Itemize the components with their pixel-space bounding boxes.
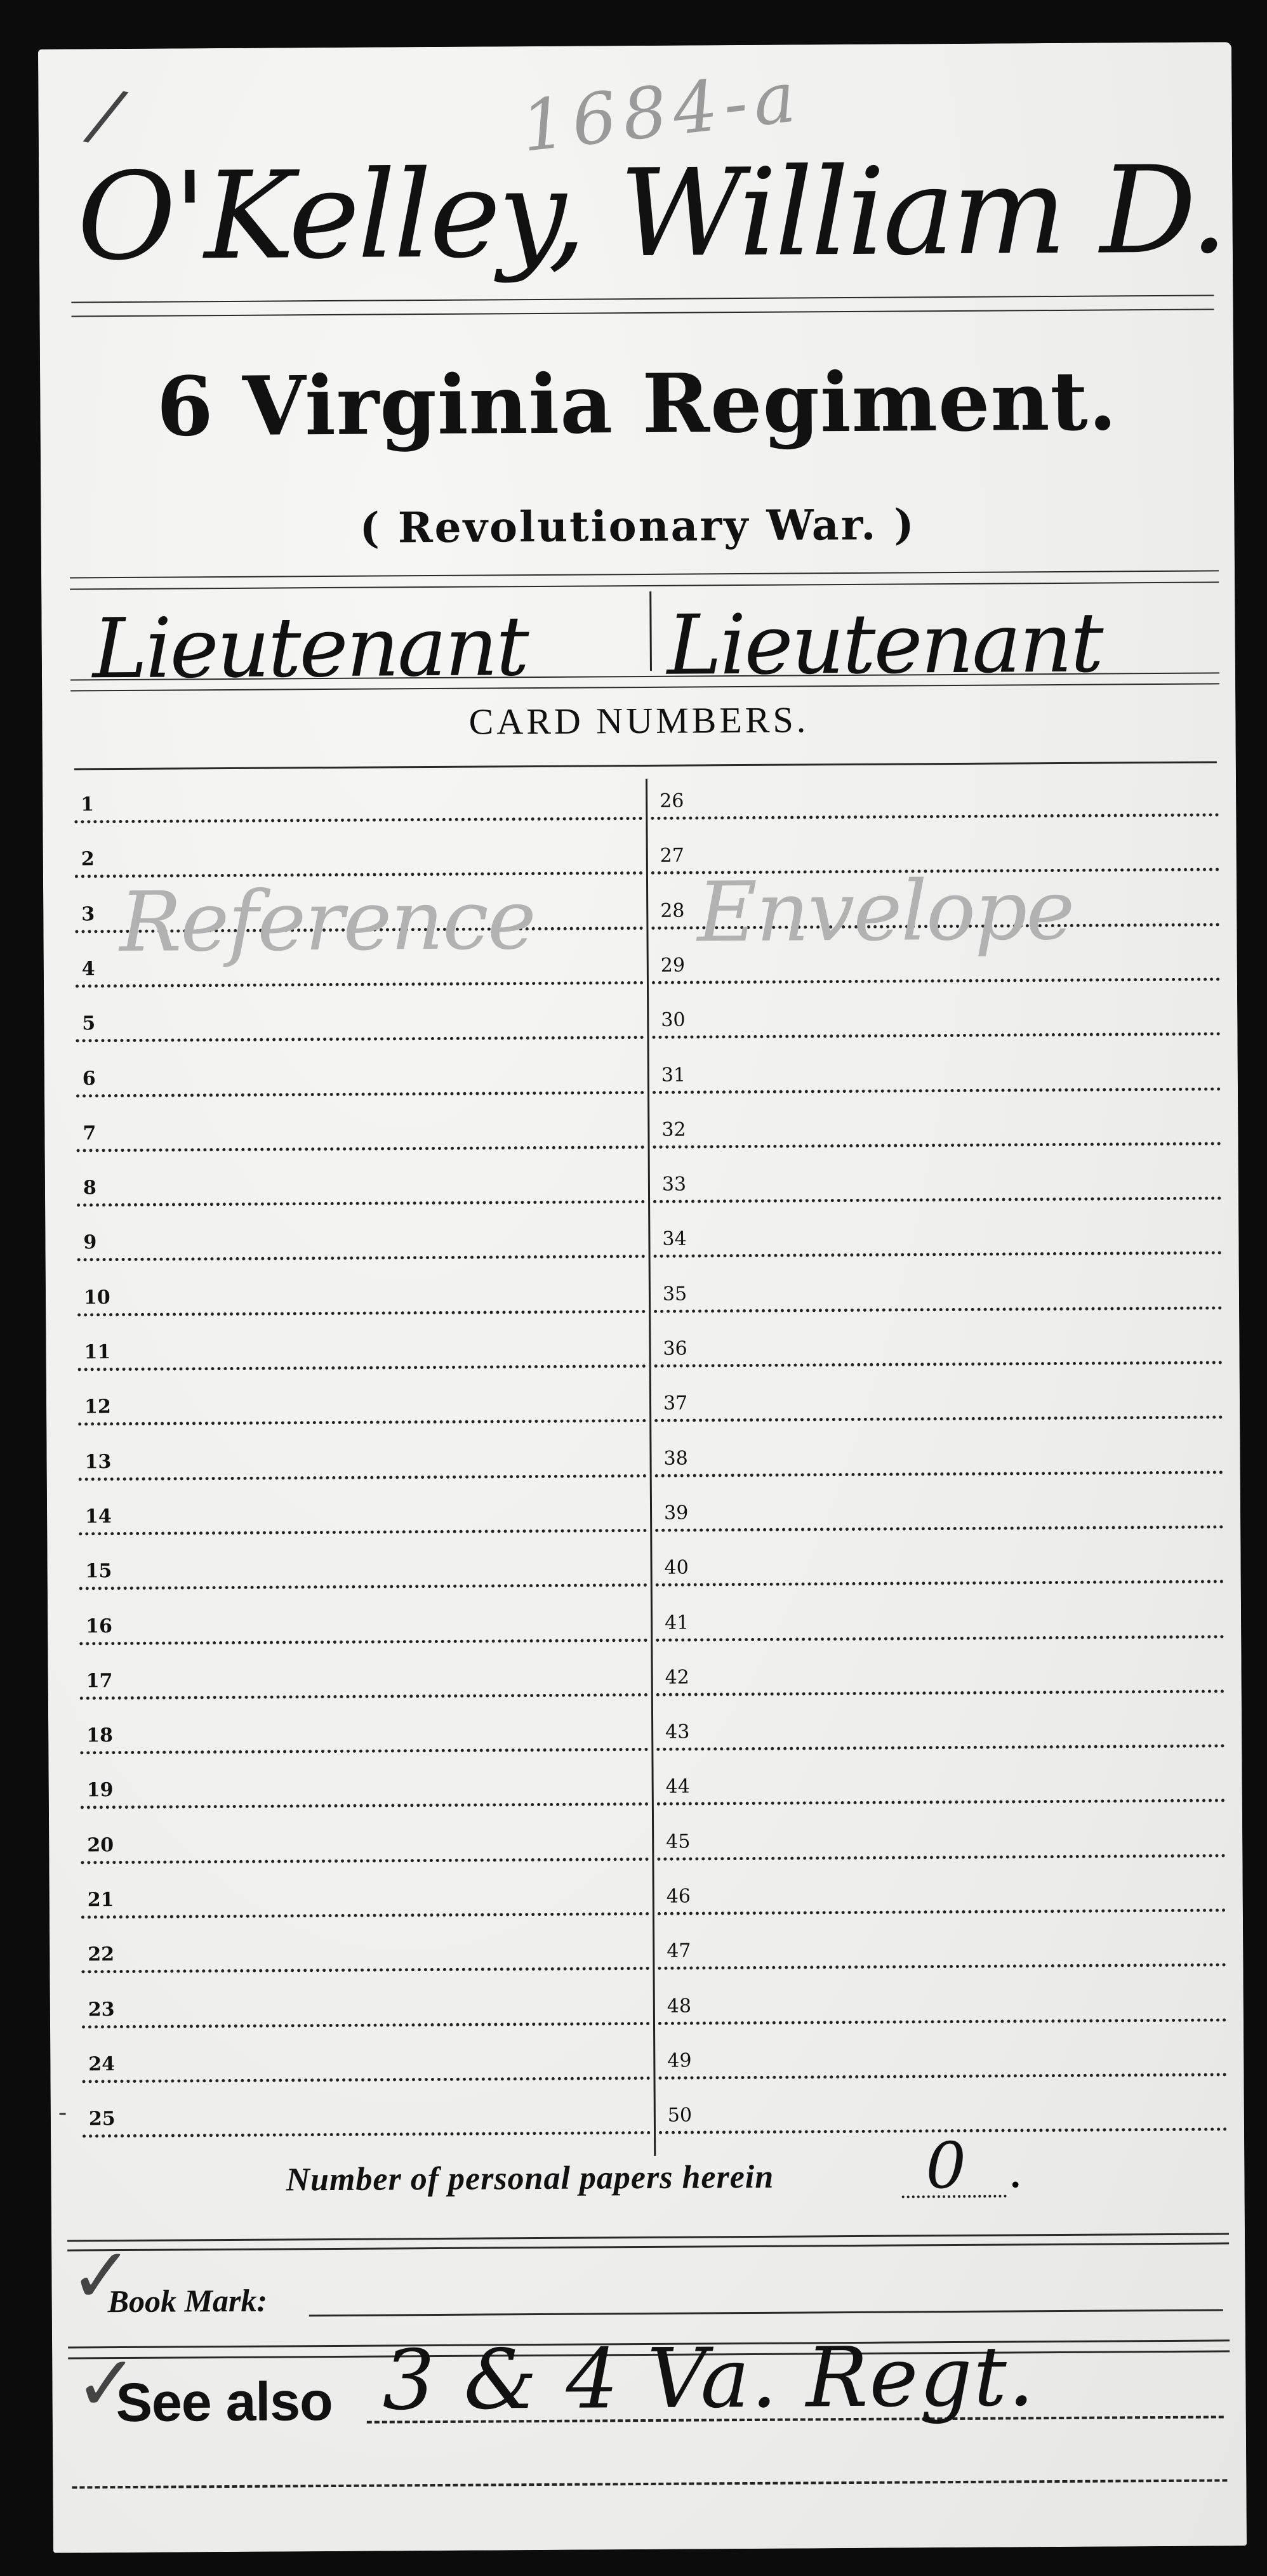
card-number-line-right (658, 1964, 1226, 1970)
card-number-left: 2 (81, 849, 95, 871)
card-number-left: 3 (81, 903, 95, 925)
card-number-right: 30 (661, 1009, 685, 1031)
card-number-line-right (653, 1142, 1221, 1148)
card-number-line-right (656, 1580, 1224, 1587)
war-subtitle: ( Revolutionary War. ) (41, 498, 1234, 554)
card-number-left: 15 (86, 1560, 112, 1582)
card-number-right: 42 (665, 1666, 689, 1688)
card-number-line-right (656, 1745, 1224, 1751)
card-number-line-right (658, 1908, 1226, 1915)
card-number-right: 47 (667, 1940, 691, 1962)
card-number-left: 7 (83, 1122, 96, 1144)
card-number-right: 37 (663, 1392, 687, 1415)
card-number-left: 22 (88, 1943, 114, 1965)
rank-top-rule-2 (70, 581, 1219, 590)
card-number-left: 8 (83, 1177, 96, 1199)
card-number-right: 32 (661, 1118, 686, 1140)
card-number-left: 18 (86, 1724, 113, 1747)
card-number-line-right (654, 1306, 1222, 1312)
reference-note: Reference (119, 871, 535, 970)
card-number-left: 20 (87, 1834, 114, 1856)
regiment-title: 6 Virginia Regiment. (40, 353, 1234, 455)
card-number-left: 24 (88, 2053, 115, 2075)
card-number-right: 49 (667, 2049, 691, 2071)
book-mark-label: Book Mark: (107, 2282, 267, 2320)
card-number-left: 11 (84, 1341, 110, 1363)
book-mark-field (309, 2309, 1223, 2316)
card-number-line-left (81, 1858, 649, 1864)
card-number-line-right (656, 1689, 1224, 1696)
card-number-left: 19 (87, 1779, 114, 1801)
card-number-left: 12 (84, 1396, 111, 1418)
card-number-right: 33 (662, 1173, 686, 1196)
card-number-right: 43 (665, 1721, 689, 1743)
corner-tick-mark: / (86, 73, 126, 157)
card-number-left: 16 (86, 1615, 112, 1637)
card-number-left: 21 (88, 1889, 114, 1911)
card-number-line-left (79, 1529, 647, 1535)
card-number-right: 28 (660, 899, 684, 921)
card-number-line-right (651, 813, 1219, 819)
card-number-left: 14 (85, 1505, 112, 1528)
card-number-line-left (77, 1200, 645, 1206)
card-number-right: 26 (660, 790, 684, 812)
envelope-note: Envelope (697, 862, 1074, 961)
card-number-line-right (658, 2073, 1226, 2079)
card-number-line-right (652, 1033, 1220, 1039)
card-number-right: 36 (663, 1338, 687, 1360)
card-number-line-right (654, 1416, 1223, 1422)
card-number-line-left (77, 1255, 646, 1261)
card-number-right: 27 (660, 845, 684, 867)
card-number-line-right (652, 977, 1220, 984)
card-number-line-right (655, 1525, 1223, 1531)
card-number-line-left (79, 1474, 647, 1481)
card-number-line-left (76, 1036, 644, 1042)
card-number-left: 5 (82, 1012, 95, 1034)
card-number-line-left (80, 1748, 648, 1754)
rank-divider (649, 591, 652, 671)
card-number-right: 35 (663, 1283, 687, 1305)
bottom-rule (72, 2479, 1227, 2488)
card-number-line-right (653, 1087, 1221, 1093)
card-number-left: 23 (88, 1998, 115, 2021)
card-number-line-left (77, 1310, 646, 1316)
name-underline-2 (72, 308, 1214, 317)
card-number-right: 48 (667, 1995, 691, 2017)
rank-top-rule-1 (70, 570, 1219, 578)
card-number-left: 10 (84, 1286, 110, 1309)
card-number-right: 40 (664, 1557, 688, 1579)
personal-papers-value: 0 (925, 2129, 966, 2203)
see-also-value: 3 & 4 Va. Regt. (382, 2328, 1036, 2428)
card-number-left: 25 (89, 2108, 116, 2130)
card-number-right: 39 (664, 1502, 688, 1524)
card-number-line-left (79, 1583, 647, 1590)
card-number-line-left (81, 1912, 649, 1919)
card-number-line-left (80, 1693, 648, 1700)
card-numbers-heading: CARD NUMBERS. (42, 696, 1235, 745)
card-number-line-left (83, 2077, 651, 2083)
card-number-right: 29 (661, 954, 685, 976)
card-number-left: 6 (83, 1067, 96, 1090)
card-number-line-right (654, 1252, 1222, 1258)
card-number-right: 46 (667, 1886, 691, 1908)
card-number-line-left (76, 981, 644, 987)
card-number-left: 9 (83, 1232, 96, 1254)
card-number-line-right (656, 1635, 1224, 1641)
card-number-right: 41 (665, 1611, 689, 1634)
card-number-line-left (81, 1967, 649, 1973)
card-number-left: 1 (81, 793, 94, 816)
card-number-right: 50 (668, 2104, 692, 2127)
card-number-line-left (78, 1364, 646, 1371)
card-number-right: 45 (666, 1830, 690, 1853)
card-number-line-right (658, 2018, 1226, 2024)
row-25-margin-mark: - (58, 2098, 67, 2127)
card-number-line-right (654, 1361, 1223, 1367)
section-rule-1a (67, 2233, 1229, 2242)
card-number-left: 13 (84, 1451, 111, 1473)
card-number-left: 4 (82, 958, 95, 980)
card-number-line-left (78, 1419, 646, 1425)
card-number-line-left (76, 1090, 644, 1097)
card-number-left: 17 (86, 1670, 113, 1692)
card-number-line-left (82, 2022, 650, 2028)
card-number-line-right (655, 1470, 1223, 1477)
table-center-divider (646, 779, 656, 2156)
card-number-line-left (74, 817, 642, 823)
card-number-line-right (657, 1854, 1225, 1860)
see-also-label: See also (116, 2370, 333, 2434)
card-number-line-left (83, 2131, 651, 2137)
personal-papers-terminator: . (1009, 2157, 1021, 2195)
card-number-line-left (79, 1638, 647, 1644)
soldier-name: O'Kelley, William D. (77, 150, 1207, 278)
card-number-right: 38 (663, 1447, 687, 1469)
section-rule-1b (67, 2242, 1229, 2251)
personal-papers-label: Number of personal papers herein (286, 2158, 774, 2199)
card-number-right: 31 (661, 1064, 686, 1086)
card-number-right: 34 (662, 1228, 686, 1250)
card-number-line-left (81, 1802, 649, 1809)
name-underline-1 (71, 294, 1214, 303)
table-top-rule (74, 761, 1217, 770)
card-number-line-right (653, 1197, 1221, 1203)
card-number-right: 44 (666, 1776, 690, 1798)
card-number-rows: 1262273284295306317328339341035113612371… (38, 42, 1231, 49)
card-number-line-left (77, 1146, 645, 1152)
compiled-service-record-card: / 1684-a O'Kelley, William D. 6 Virginia… (38, 42, 1247, 2553)
card-number-line-right (657, 1799, 1225, 1806)
